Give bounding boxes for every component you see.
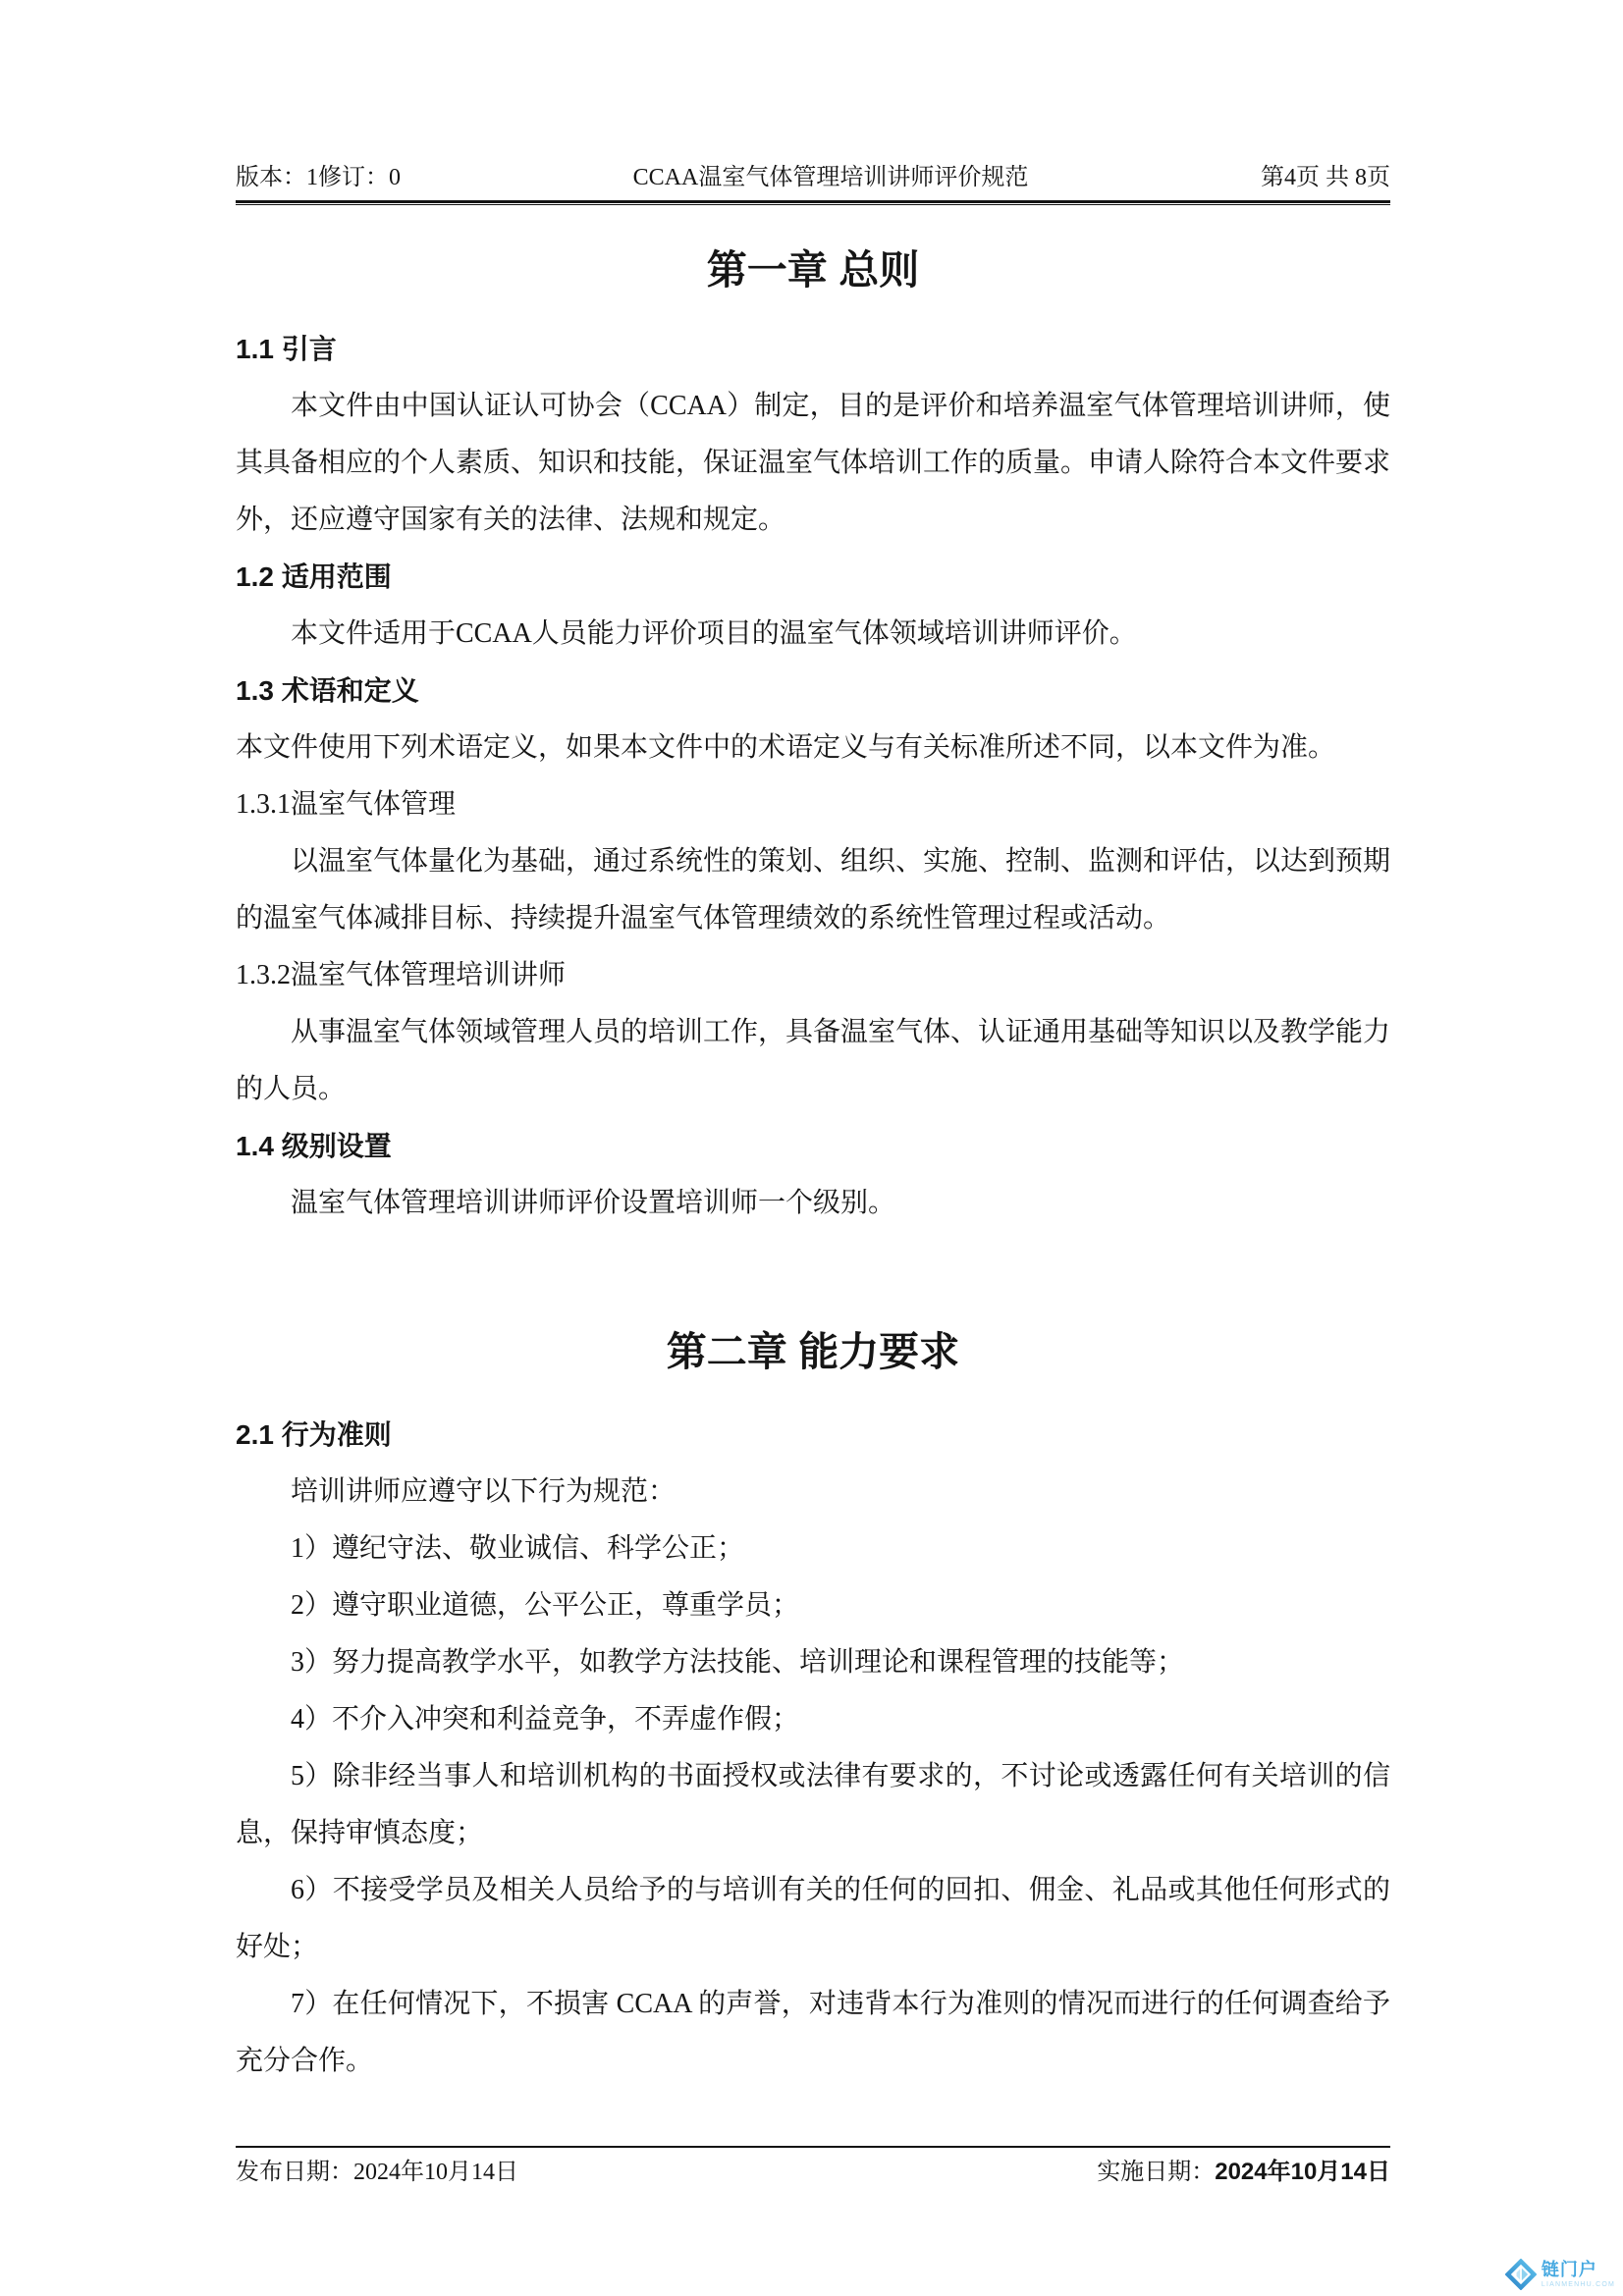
- list-item-4: 4）不介入冲突和利益竞争，不弄虚作假；: [236, 1691, 1390, 1748]
- header-doc-title: CCAA温室气体管理培训讲师评价规范: [401, 163, 1261, 192]
- logo-domain: LIANMENHU.COM: [1542, 2281, 1615, 2288]
- publish-date-line: 发布日期：2024年10月14日: [236, 2158, 518, 2187]
- section-1-1-heading: 1.1 引言: [236, 321, 1390, 378]
- chapter-1-title: 第一章 总则: [236, 244, 1390, 295]
- list-item-7: 7）在任何情况下，不损害 CCAA 的声誉，对违背本行为准则的情况而进行的任何调…: [236, 1976, 1390, 2090]
- paragraph-intro: 本文件由中国认证认可协会（CCAA）制定，目的是评价和培养温室气体管理培训讲师，…: [236, 378, 1390, 549]
- publish-date-label: 发布日期：: [236, 2160, 353, 2185]
- paragraph-term-1-3-2: 从事温室气体领域管理人员的培训工作，具备温室气体、认证通用基础等知识以及教学能力…: [236, 1004, 1390, 1118]
- term-1-3-2-heading: 1.3.2温室气体管理培训讲师: [236, 947, 1390, 1004]
- implement-date-line: 实施日期：2024年10月14日: [1097, 2158, 1390, 2187]
- header-rule: [236, 200, 1390, 205]
- page-footer: 发布日期：2024年10月14日 实施日期：2024年10月14日: [236, 2146, 1390, 2187]
- list-item-2: 2）遵守职业道德，公平公正，尊重学员；: [236, 1577, 1390, 1634]
- logo-name: 链门户: [1542, 2261, 1615, 2278]
- paragraph-scope: 本文件适用于CCAA人员能力评价项目的温室气体领域培训讲师评价。: [236, 606, 1390, 663]
- list-item-3: 3）努力提高教学水平，如教学方法技能、培训理论和课程管理的技能等；: [236, 1634, 1390, 1691]
- page-header: 版本：1修订：0 CCAA温室气体管理培训讲师评价规范 第4页 共 8页: [236, 163, 1390, 192]
- implement-date-value: 2024年10月14日: [1215, 2159, 1390, 2185]
- logo-text-block: 链门户 LIANMENHU.COM: [1542, 2261, 1615, 2288]
- lianmenhu-watermark: 链门户 LIANMENHU.COM: [1505, 2259, 1615, 2290]
- lianmenhu-logo-icon: [1505, 2259, 1537, 2290]
- paragraph-levels: 温室气体管理培训讲师评价设置培训师一个级别。: [236, 1175, 1390, 1232]
- section-1-2-heading: 1.2 适用范围: [236, 549, 1390, 606]
- chapter-2-title: 第二章 能力要求: [236, 1326, 1390, 1377]
- document-page: 版本：1修订：0 CCAA温室气体管理培训讲师评价规范 第4页 共 8页 第一章…: [0, 0, 1623, 2296]
- list-item-1: 1）遵纪守法、敬业诚信、科学公正；: [236, 1521, 1390, 1577]
- section-1-3-heading: 1.3 术语和定义: [236, 663, 1390, 720]
- header-version: 版本：1修订：0: [236, 163, 401, 192]
- list-item-6: 6）不接受学员及相关人员给予的与培训有关的任何的回扣、佣金、礼品或其他任何形式的…: [236, 1862, 1390, 1976]
- paragraph-term-1-3-1: 以温室气体量化为基础，通过系统性的策划、组织、实施、控制、监测和评估，以达到预期…: [236, 833, 1390, 947]
- implement-date-label: 实施日期：: [1097, 2160, 1215, 2185]
- paragraph-conduct-intro: 培训讲师应遵守以下行为规范：: [236, 1464, 1390, 1521]
- header-page-number: 第4页 共 8页: [1261, 163, 1390, 192]
- section-2-1-heading: 2.1 行为准则: [236, 1407, 1390, 1464]
- section-1-4-heading: 1.4 级别设置: [236, 1118, 1390, 1175]
- publish-date-value: 2024年10月14日: [353, 2160, 518, 2185]
- term-1-3-1-heading: 1.3.1温室气体管理: [236, 776, 1390, 833]
- paragraph-terms-note: 本文件使用下列术语定义，如果本文件中的术语定义与有关标准所述不同，以本文件为准。: [236, 720, 1390, 776]
- list-item-5: 5）除非经当事人和培训机构的书面授权或法律有要求的，不讨论或透露任何有关培训的信…: [236, 1748, 1390, 1862]
